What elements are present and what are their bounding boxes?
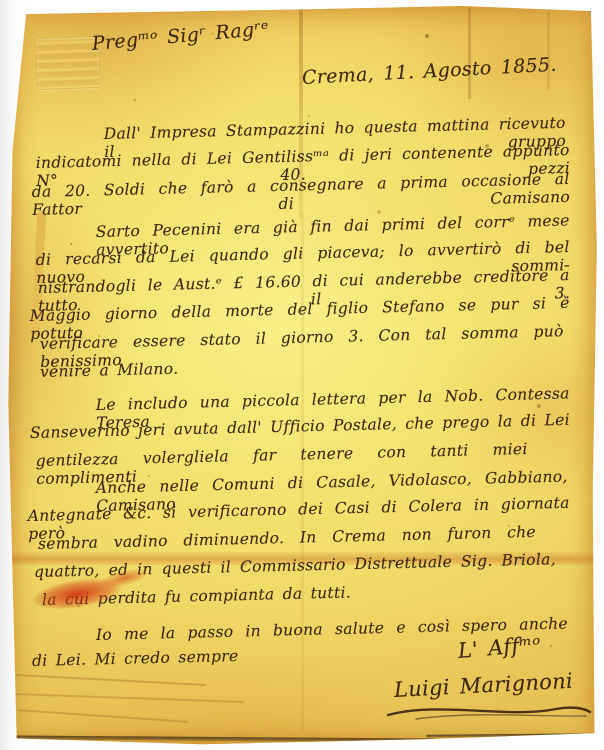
signature-flourish <box>386 703 592 721</box>
ink-speckles <box>6 3 8 5</box>
paper-bottom-edge-left <box>16 736 436 743</box>
wrinkle-bottom-left-1 <box>16 674 206 686</box>
salutation: Pregᵐᵒ Sigʳ Ragʳᵉ <box>91 18 270 55</box>
scanner-background: Pregᵐᵒ Sigʳ Ragʳᵉ Crema, 11. Agosto 1855… <box>0 0 604 750</box>
fold-crease-top-right-1 <box>468 7 471 99</box>
valediction: L' Affᵐᵒ <box>457 632 542 663</box>
letter-paper: Pregᵐᵒ Sigʳ Ragʳᵉ Crema, 11. Agosto 1855… <box>6 3 598 745</box>
letter-line: di Lei. Mi credo sempre <box>32 647 239 670</box>
paper-bottom-edge-right <box>426 733 594 737</box>
wrinkle-bottom-left-2 <box>14 693 244 703</box>
fold-crease-top-right-2 <box>547 9 550 89</box>
dateline: Crema, 11. Agosto 1855. <box>301 54 557 89</box>
letter-line: venire a Milano. <box>40 360 179 381</box>
signature-name: Luigi Marignoni <box>393 669 573 702</box>
wrinkle-bottom-left-3 <box>18 709 188 723</box>
